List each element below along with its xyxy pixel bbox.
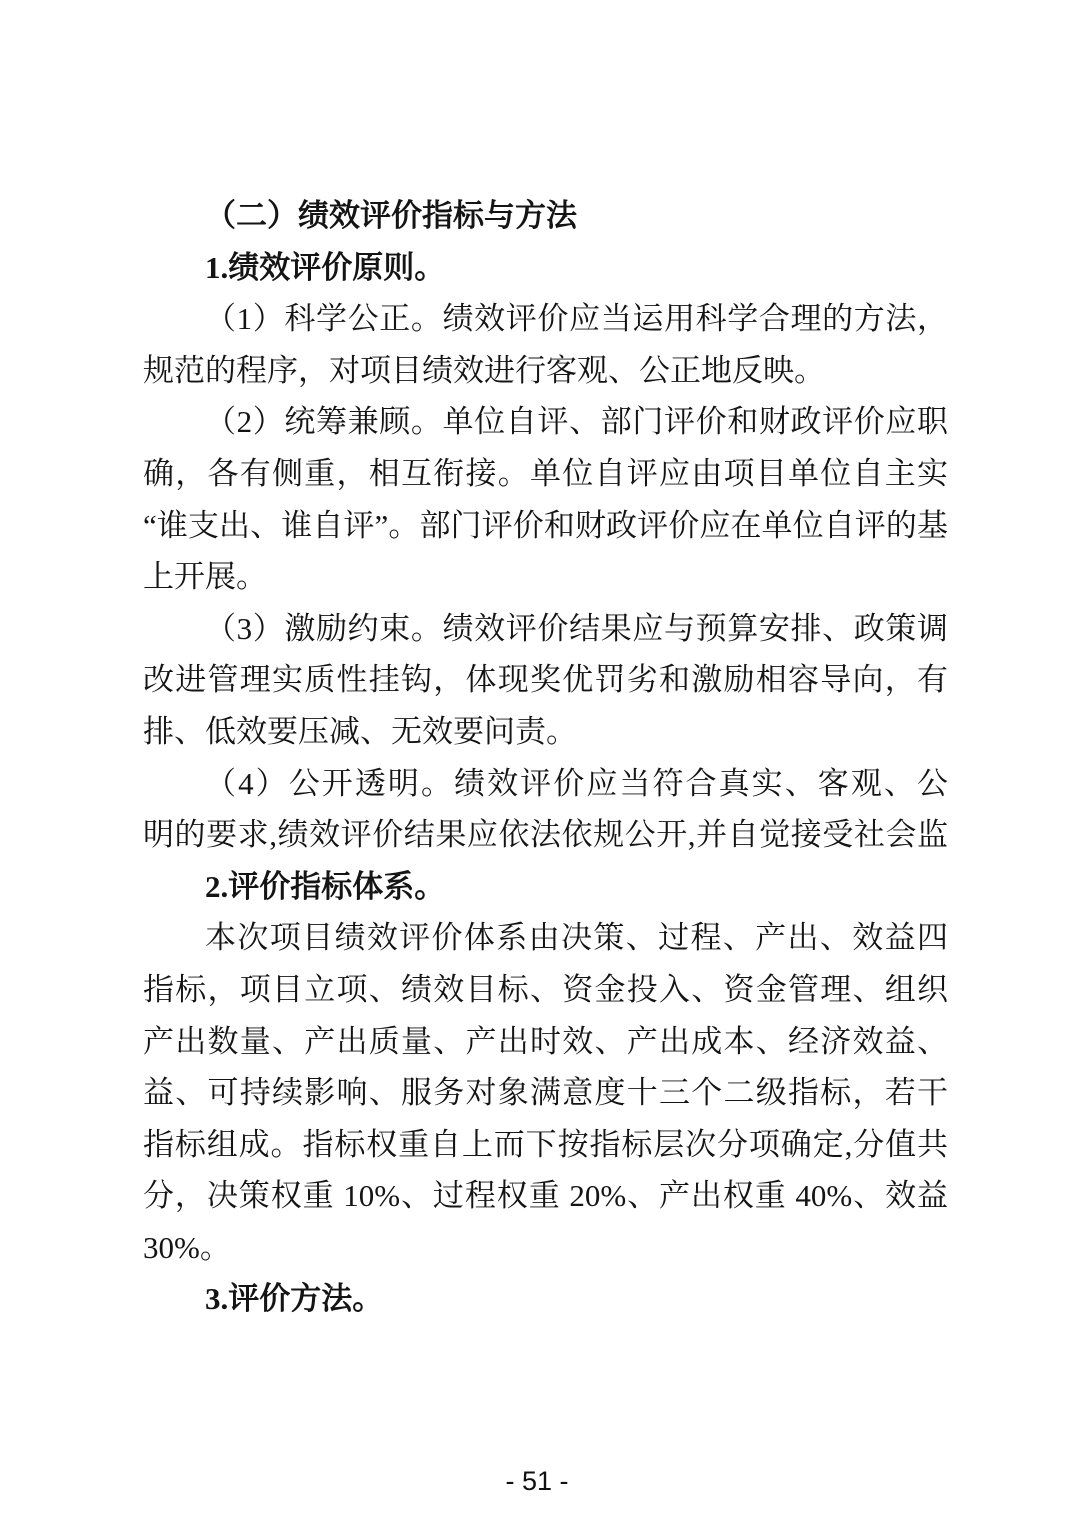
heading-2-indicator-system: 2.评价指标体系。 <box>143 861 948 913</box>
text-line: “谁支出、谁自评”。部门评价和财政评价应在单位自评的基础 <box>143 500 948 552</box>
text-line: 产出数量、产出质量、产出时效、产出成本、经济效益、社会效 <box>143 1016 948 1068</box>
text-line: 规范的程序，对项目绩效进行客观、公正地反映。 <box>143 345 948 397</box>
text-line: 30%。 <box>143 1222 948 1274</box>
document-body: （二）绩效评价指标与方法 1.绩效评价原则。 （1）科学公正。绩效评价应当运用科… <box>143 190 948 1325</box>
text-line: 上开展。 <box>143 551 948 603</box>
text-line: 明的要求,绩效评价结果应依法依规公开,并自觉接受社会监督。 <box>143 809 948 861</box>
heading-section-2: （二）绩效评价指标与方法 <box>143 190 948 242</box>
text-line: 改进管理实质性挂钩，体现奖优罚劣和激励相容导向，有效要安 <box>143 654 948 706</box>
text-line: 指标组成。指标权重自上而下按指标层次分项确定,分值共计100 <box>143 1119 948 1171</box>
heading-1-evaluation-principles: 1.绩效评价原则。 <box>143 242 948 294</box>
text-line: 分，决策权重 10%、过程权重 20%、产出权重 40%、效益权重 <box>143 1170 948 1222</box>
text-line: 排、低效要压减、无效要问责。 <box>143 706 948 758</box>
text-line: （3）激励约束。绩效评价结果应与预算安排、政策调整、 <box>143 603 948 655</box>
heading-3-evaluation-method: 3.评价方法。 <box>143 1273 948 1325</box>
text-line: 指标，项目立项、绩效目标、资金投入、资金管理、组织实施、 <box>143 964 948 1016</box>
text-line: （4）公开透明。绩效评价应当符合真实、客观、公正、透 <box>143 758 948 810</box>
text-line: （2）统筹兼顾。单位自评、部门评价和财政评价应职责明 <box>143 396 948 448</box>
text-line: 本次项目绩效评价体系由决策、过程、产出、效益四个一级 <box>143 912 948 964</box>
text-line: （1）科学公正。绩效评价应当运用科学合理的方法，按照 <box>143 293 948 345</box>
text-line: 确，各有侧重，相互衔接。单位自评应由项目单位自主实施，即 <box>143 448 948 500</box>
page-number: - 51 - <box>0 1466 1074 1497</box>
text-line: 益、可持续影响、服务对象满意度十三个二级指标，若干个三级 <box>143 1067 948 1119</box>
document-page: （二）绩效评价指标与方法 1.绩效评价原则。 （1）科学公正。绩效评价应当运用科… <box>0 0 1074 1520</box>
